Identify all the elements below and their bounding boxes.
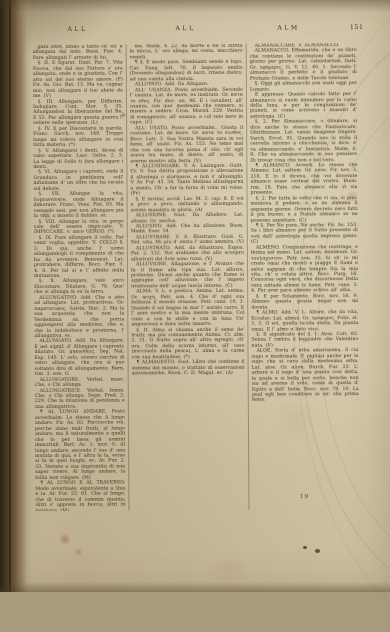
dictionary-paragraph: me. Malm. 4. 22. da morte e fin si infit… <box>130 44 243 61</box>
page-number: 151 <box>332 23 368 31</box>
dictionary-paragraph: §. VII. Allungar la vita, Sopravvivere, … <box>34 192 124 220</box>
dictionary-paragraph: ALLUNGATIVO. Add. Che e atto ad allungar… <box>34 295 124 339</box>
dictionary-paragraph: ¶ AL LUNGO ANDARE. Posto avverbialm. Lo … <box>35 410 125 481</box>
dictionary-paragraph: §. IX. Pure allungare il collo, Far veni… <box>34 235 124 279</box>
running-head-right: ALM <box>246 24 332 32</box>
dictionary-paragraph: ALLUNGATRICE. Verbal. femm. Che, o Chi a… <box>35 388 125 410</box>
running-head: ALL ALL ALM 151 <box>30 23 368 37</box>
dictionary-paragraph: ALLUNGATO. Add. Da Allungare. E nel sign… <box>34 339 124 378</box>
running-head-middle: ALL <box>126 25 246 33</box>
dictionary-paragraph: ALLUNGATORE. Verbal. masc. Che, o Chi al… <box>35 377 125 388</box>
dictionary-paragraph: ¶ ALMAGESTO. Sust. Libro che contiene il… <box>132 360 245 377</box>
gutter-edge-line <box>9 0 11 592</box>
dictionary-paragraph: ALLUSTRATO. Add. da Allustrare. Espos. P… <box>131 245 244 262</box>
dictionary-paragraph: ALL' USANZA. Posto avverbialm. Secondo l… <box>130 87 243 126</box>
dictionary-paragraph: E appresso: Questo calcolo fatto per l' … <box>250 92 357 120</box>
dictionary-paragraph: ALL' USATO. Posto avverbialm., Giusta il… <box>130 126 243 165</box>
dictionary-paragraph: ¶ §. Per Ne pure, Ne anche. Fir. As. 153… <box>251 223 358 245</box>
dictionary-paragraph: §. 2. Per tutte le volte che vi sia, si … <box>251 196 358 224</box>
dictionary-paragraph: ¶ §. E modo pass. Sembianti sendo e lupo… <box>130 60 243 83</box>
running-head-left: ALL <box>30 25 126 33</box>
foxing-stain <box>200 560 260 580</box>
dictionary-paragraph: ¶ ALMANCO. Avverb. Lo stesso che Almeno.… <box>250 163 357 196</box>
dictionary-paragraph: ALLUSTRARE. V. A. Illustrare. Guid. G. N… <box>131 235 244 247</box>
text-columns: gata oltre, infino a tanto ch' ell' e al… <box>30 43 371 511</box>
dictionary-paragraph: §. Il significato del §. I. Aton. Colt. … <box>251 332 358 349</box>
dictionary-paragraph: ¶ ALMO. Add. V. L. Altore, che da vita, … <box>251 310 358 332</box>
top-edge-shadow <box>0 0 390 12</box>
dictionary-paragraph: ALLUSIVO. Add. Che ha allusione. Buon. M… <box>131 224 244 236</box>
dictionary-paragraph: §. III. Allungare, per Differire, Indugi… <box>33 99 123 127</box>
dictionary-paragraph: ALMENO. Congiunzione che restringe, e fe… <box>251 245 358 295</box>
stain <box>74 548 83 556</box>
dictionary-paragraph: §. E per Solamente. Bocc. nov. 16. 9. Al… <box>251 294 358 311</box>
dictionary-paragraph: ALMANACCO. Effemeride, che e un libro ch… <box>250 48 357 81</box>
stain <box>58 534 72 545</box>
dictionary-paragraph: §. II. E figurat. Dant. Par. 7. Vita Nuo… <box>33 61 123 100</box>
dictionary-paragraph: §. VIII. Allungar la vita, in gergo vale… <box>34 219 124 236</box>
dictionary-paragraph: §. VI. Allungare i capresti, onde il Gra… <box>33 170 123 192</box>
dictionary-paragraph: §. X. Allungare, vale anco Discostare, D… <box>34 279 124 296</box>
book-gutter-shadow <box>0 0 32 592</box>
dictionary-paragraph: ALOE. Sorta d' erba amarissima, il cui s… <box>252 348 359 403</box>
dictionary-paragraph: §. 2. Per Almanaccare, o dilunare, si di… <box>250 119 357 163</box>
dictionary-paragraph: ¶ AL LUNGO E AL TRAVERSO. Modo avverbial… <box>35 481 125 511</box>
ink-speck <box>315 549 320 553</box>
column-right: ALMANACCARE. V. ALMANACCO.ALMANACCO. Eff… <box>246 43 363 510</box>
column-left: gata oltre, infino a tanto ch' ell' e al… <box>30 44 129 511</box>
bottom-edge-shadow <box>0 582 390 592</box>
dictionary-paragraph: §. E invitar, accid. Lav. M. 3. cap. 8. … <box>131 196 244 213</box>
signature-mark: 19 <box>300 494 309 500</box>
dictionary-paragraph: §. II. Alma si chiama anche il seme de' … <box>131 327 244 360</box>
dictionary-paragraph: ALLUVIONE. Allagazione, e l' Avanzo che … <box>131 262 244 290</box>
dictionary-paragraph: §. IV. E per Discostarsi in parole. Fran… <box>33 126 123 148</box>
scanned-book-page: ALL ALL ALM 151 gata oltre, infino a tan… <box>0 0 390 592</box>
dictionary-paragraph: §. Oggi gli almanacchi son usati oggi pe… <box>250 81 357 93</box>
dictionary-paragraph: ALMA. V. L. e poetica. Anima. Lat. anima… <box>131 289 244 328</box>
page-content: ALL ALL ALM 151 gata oltre, infino a tan… <box>30 23 371 511</box>
dictionary-paragraph: ¶ ALLUSINGARE. V. A. Lusingare. Guitt. C… <box>130 164 243 197</box>
dictionary-paragraph: gata oltre, infino a tanto ch' ell' e al… <box>33 44 123 61</box>
dictionary-paragraph: ALLUSIONE. Sust. Da Alludere. Lat. allus… <box>131 213 244 225</box>
column-middle: me. Malm. 4. 22. da morte e fin si infit… <box>126 44 249 511</box>
ink-speck <box>303 546 307 549</box>
dictionary-paragraph: §. V. Allungarsi i denti, dicesi di vano… <box>33 148 123 170</box>
